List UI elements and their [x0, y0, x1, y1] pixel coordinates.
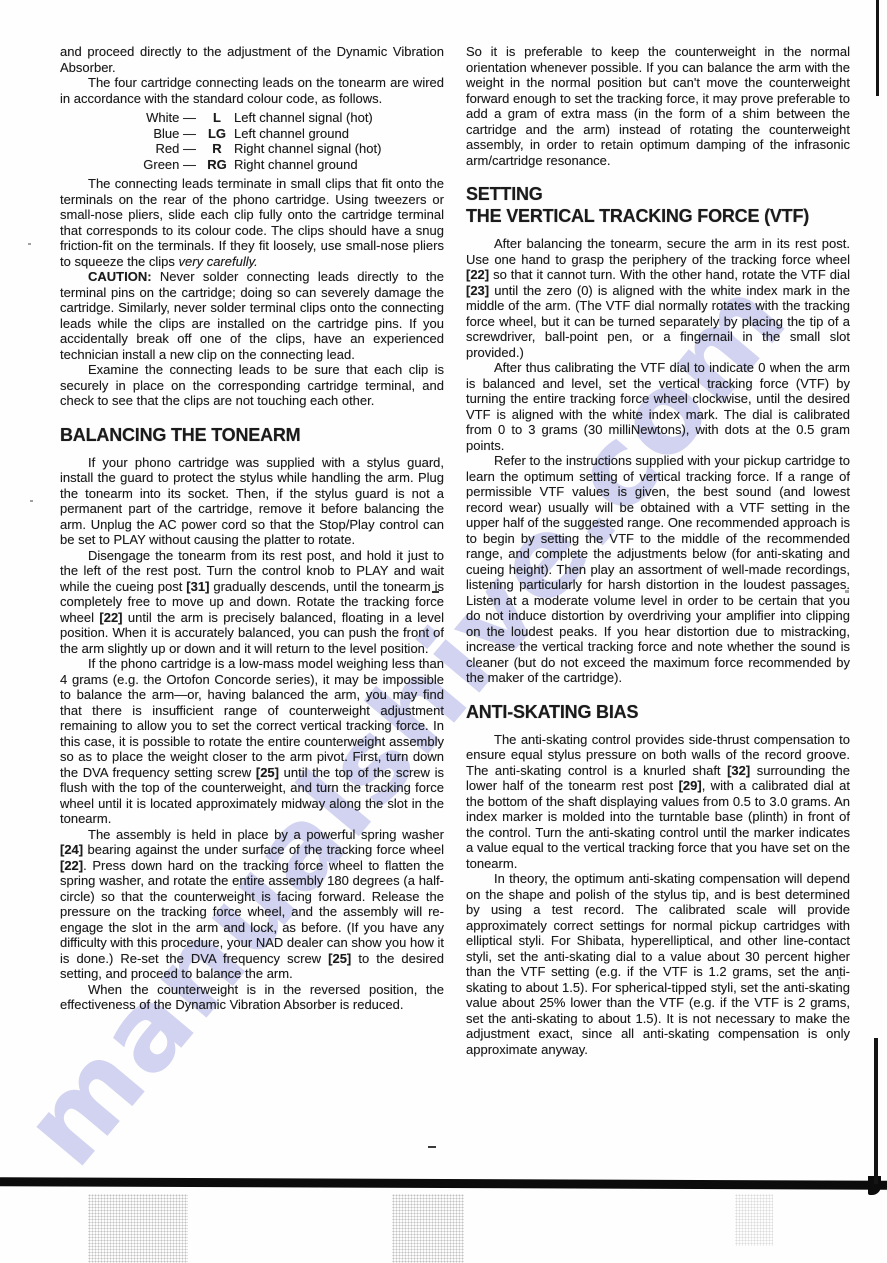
paragraph: The connecting leads terminate in small …: [60, 176, 444, 269]
body-text: The assembly is held in place by a power…: [88, 827, 444, 842]
lead-colour-name: Green —: [108, 157, 200, 173]
terminal-code: RG: [200, 157, 234, 173]
italic-text: very carefully.: [179, 254, 258, 269]
scan-speck: [845, 590, 849, 593]
lead-colour-name: White —: [108, 110, 200, 126]
terminal-code: LG: [200, 126, 234, 142]
terminal-description: Right channel ground: [234, 157, 444, 173]
bold-text: [24]: [60, 842, 83, 857]
body-text: and proceed directly to the adjustment o…: [60, 44, 444, 75]
left-column: and proceed directly to the adjustment o…: [60, 44, 444, 1057]
scan-speck: [30, 500, 33, 502]
bold-text: [25]: [328, 951, 351, 966]
scan-stray-dash: [432, 591, 439, 593]
body-text: . Press down hard on the tracking force …: [60, 858, 444, 966]
scan-noise-blob: [88, 1194, 188, 1263]
paragraph: The assembly is held in place by a power…: [60, 827, 444, 982]
scan-stray-dash: [428, 1146, 436, 1148]
body-text: After thus calibrating the VTF dial to i…: [466, 360, 850, 453]
paragraph: and proceed directly to the adjustment o…: [60, 44, 444, 75]
lead-colour-name: Red —: [108, 141, 200, 157]
body-text: Examine the connecting leads to be sure …: [60, 362, 444, 408]
terminal-code: L: [200, 110, 234, 126]
scan-speck: [28, 243, 31, 245]
terminal-code: R: [200, 141, 234, 157]
paragraph: Refer to the instructions supplied with …: [466, 453, 850, 686]
body-text: bearing against the under surface of the…: [83, 842, 444, 857]
section-heading-line: ANTI-SKATING BIAS: [466, 701, 850, 723]
bold-text: [32]: [727, 763, 750, 778]
paragraph: The four cartridge connecting leads on t…: [60, 75, 444, 106]
section-heading: ANTI-SKATING BIAS: [466, 701, 850, 723]
section-heading-line: BALANCING THE TONEARM: [60, 424, 444, 446]
bold-text: [22]: [99, 610, 122, 625]
body-text: If your phono cartridge was supplied wit…: [60, 455, 444, 548]
body-text: So it is preferable to keep the counterw…: [466, 44, 850, 168]
bold-text: [22]: [60, 858, 83, 873]
body-text: If the phono cartridge is a low-mass mod…: [60, 656, 444, 780]
terminal-description: Left channel ground: [234, 126, 444, 142]
paragraph: The anti-skating control provides side-t…: [466, 732, 850, 872]
colour-code-row: Blue —LGLeft channel ground: [108, 126, 444, 142]
paragraph: In theory, the optimum anti-skating comp…: [466, 871, 850, 1057]
body-text: until the zero (0) is aligned with the w…: [466, 283, 850, 360]
paragraph: So it is preferable to keep the counterw…: [466, 44, 850, 168]
right-column: So it is preferable to keep the counterw…: [466, 44, 850, 1057]
lead-colour-name: Blue —: [108, 126, 200, 142]
section-heading-line: SETTING: [466, 183, 850, 205]
body-text: After balancing the tonearm, secure the …: [466, 236, 850, 267]
paragraph: CAUTION: Never solder connecting leads d…: [60, 269, 444, 362]
section-heading: BALANCING THE TONEARM: [60, 424, 444, 446]
paragraph: When the counterweight is in the reverse…: [60, 982, 444, 1013]
body-text: Refer to the instructions supplied with …: [466, 453, 850, 685]
colour-code-row: White —LLeft channel signal (hot): [108, 110, 444, 126]
colour-code-row: Red —RRight channel signal (hot): [108, 141, 444, 157]
bold-text: CAUTION:: [88, 269, 152, 284]
body-text: The four cartridge connecting leads on t…: [60, 75, 444, 106]
scan-artifact-right-edge-top: [876, 0, 879, 96]
terminal-description: Right channel signal (hot): [234, 141, 444, 157]
paragraph: If the phono cartridge is a low-mass mod…: [60, 656, 444, 827]
scanned-manual-page: manualshive.com and proceed directly to …: [0, 0, 887, 1263]
colour-code-list: White —LLeft channel signal (hot)Blue —L…: [108, 110, 444, 172]
section-heading: SETTINGTHE VERTICAL TRACKING FORCE (VTF): [466, 183, 850, 227]
body-text: When the counterweight is in the reverse…: [60, 982, 444, 1013]
colour-code-row: Green —RGRight channel ground: [108, 157, 444, 173]
bold-text: [25]: [256, 765, 279, 780]
page-body: and proceed directly to the adjustment o…: [60, 44, 850, 1057]
scan-artifact-right-edge-bottom: [874, 1038, 878, 1184]
bold-text: [29]: [679, 778, 702, 793]
bold-text: [31]: [186, 579, 209, 594]
scan-noise-blob: [735, 1194, 773, 1246]
paragraph: After thus calibrating the VTF dial to i…: [466, 360, 850, 453]
bold-text: [22]: [466, 267, 489, 282]
terminal-description: Left channel signal (hot): [234, 110, 444, 126]
paragraph: Examine the connecting leads to be sure …: [60, 362, 444, 409]
paragraph: If your phono cartridge was supplied wit…: [60, 455, 444, 548]
scan-speck: [838, 977, 841, 979]
body-text: In theory, the optimum anti-skating comp…: [466, 871, 850, 1057]
scan-artifact-bottom-bar: [0, 1177, 887, 1189]
body-text: so that it cannot turn. With the other h…: [489, 267, 850, 282]
paragraph: After balancing the tonearm, secure the …: [466, 236, 850, 360]
bold-text: [23]: [466, 283, 489, 298]
scan-noise-blob: [392, 1194, 464, 1263]
section-heading-line: THE VERTICAL TRACKING FORCE (VTF): [466, 205, 850, 227]
paragraph: Disengage the tonearm from its rest post…: [60, 548, 444, 657]
